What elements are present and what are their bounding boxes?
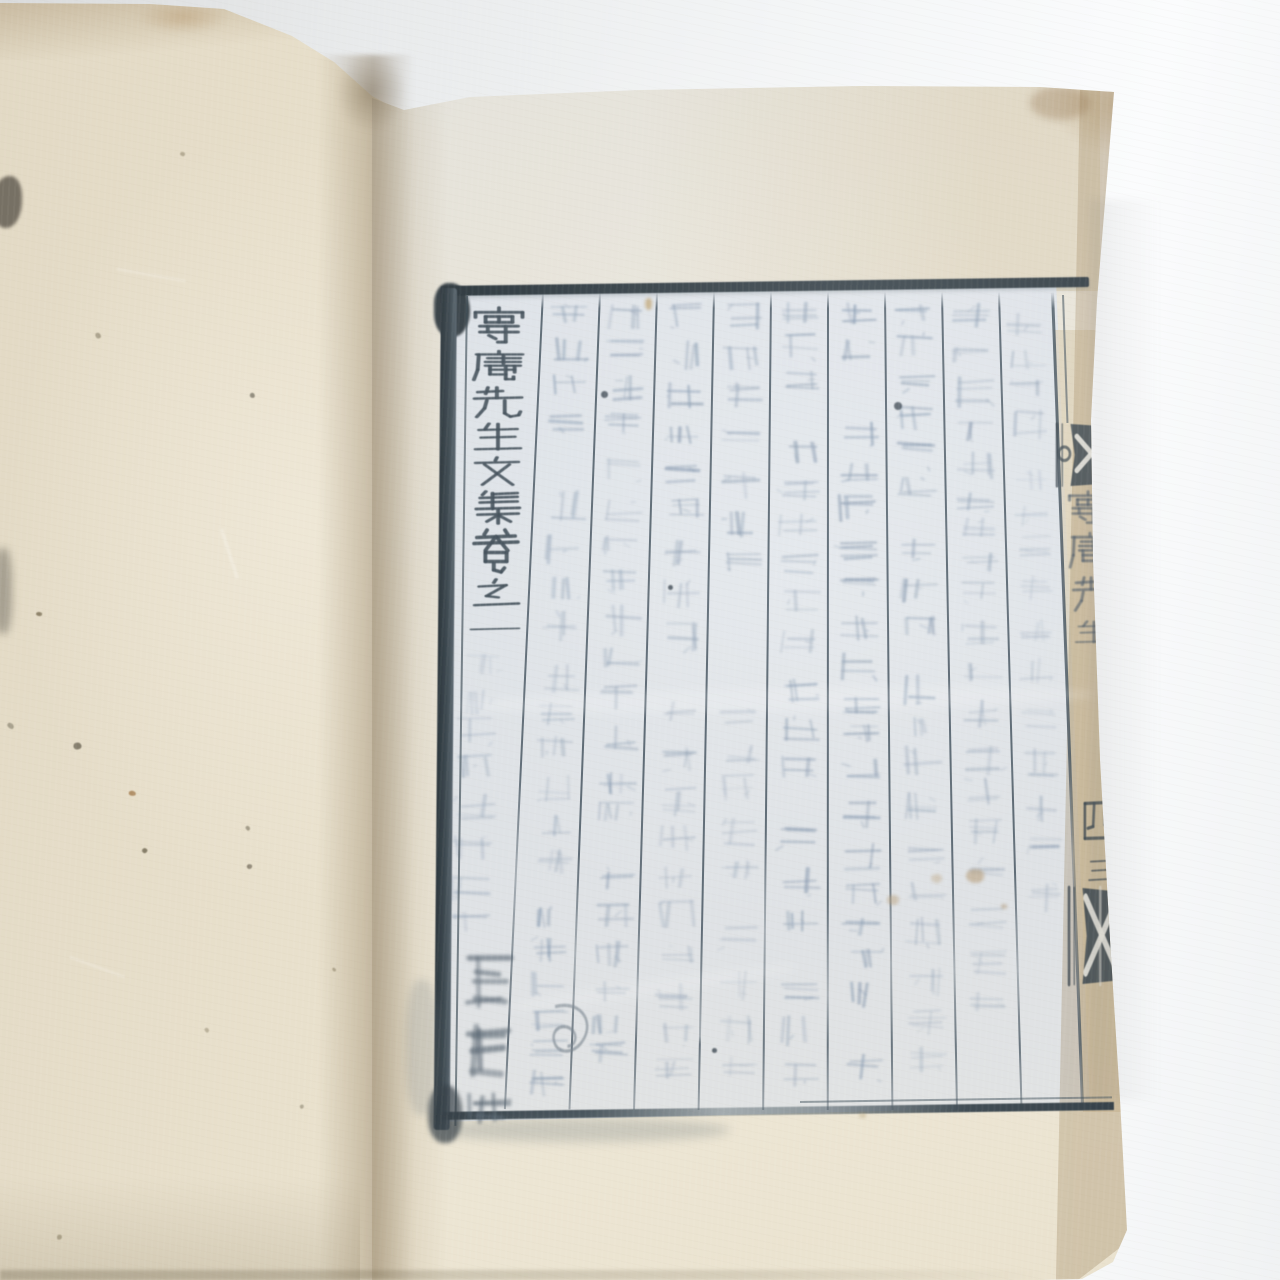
- ghost-character: [836, 613, 882, 646]
- ghost-character: [905, 1043, 951, 1077]
- outside-smear: [406, 980, 438, 1115]
- ghost-character: [952, 373, 998, 412]
- foxing-stain: [887, 895, 899, 905]
- ghost-character: [547, 302, 593, 326]
- ghost-character: [841, 1051, 887, 1090]
- ghost-character: [777, 475, 823, 503]
- ghost-character: [960, 775, 1006, 809]
- ghost-character: [717, 857, 763, 882]
- ghost-character: [660, 535, 706, 573]
- paper-speck: [94, 332, 101, 340]
- ghost-character: [1014, 573, 1056, 607]
- title-character: [470, 422, 526, 454]
- ghost-character: [839, 795, 885, 834]
- ghost-character: [716, 1053, 762, 1079]
- ghost-character: [716, 772, 762, 804]
- ghost-character: [893, 331, 939, 360]
- paper-speck: [129, 791, 136, 796]
- ghost-character: [653, 1019, 699, 1049]
- edge-stain: [137, 0, 229, 34]
- ghost-character: [600, 601, 646, 640]
- ghost-character: [965, 948, 1011, 983]
- ghost-character: [1016, 617, 1058, 645]
- ghost-character: [893, 437, 939, 472]
- ghost-character: [538, 606, 584, 646]
- ghost-character: [603, 337, 649, 368]
- ghost-character: [653, 863, 699, 892]
- ghost-character: [541, 574, 587, 604]
- spine-title-character: [1072, 620, 1116, 646]
- ghost-character: [840, 722, 886, 748]
- ink-swirl: [545, 1000, 595, 1066]
- ghost-character: [715, 814, 761, 851]
- ghost-character: [836, 460, 882, 486]
- ghost-character: [775, 510, 821, 541]
- ghost-character: [524, 1066, 570, 1100]
- ghost-character: [833, 337, 879, 368]
- ghost-character: [962, 816, 1008, 848]
- ghost-character: [663, 338, 709, 373]
- ghost-character: [840, 840, 886, 876]
- ghost-character: [602, 455, 648, 486]
- ghost-character: [655, 896, 701, 933]
- ghost-character: [591, 901, 637, 936]
- ghost-character: [718, 743, 764, 769]
- ghost-character: [836, 649, 882, 689]
- ghost-character: [532, 846, 578, 880]
- ghost-character: [591, 938, 637, 972]
- ghost-character: [603, 372, 649, 407]
- bottom-shade: [0, 1150, 360, 1280]
- ghost-character: [541, 532, 587, 567]
- ink-dot: [668, 585, 673, 590]
- ink-dot: [712, 1048, 717, 1053]
- ghost-character: [956, 579, 1002, 606]
- ghost-character: [596, 719, 642, 758]
- ghost-character: [901, 913, 947, 952]
- ghost-character: [1023, 881, 1065, 916]
- ghost-character: [840, 880, 886, 906]
- ghost-character: [778, 979, 824, 1005]
- ghost-character: [601, 496, 647, 525]
- foxing-stain: [966, 869, 984, 883]
- ghost-character: [954, 515, 1000, 541]
- ghost-character: [1021, 793, 1063, 825]
- title-character: [469, 490, 525, 528]
- ghost-character: [722, 300, 768, 336]
- foxing-stain: [1001, 904, 1007, 909]
- ghost-character: [601, 411, 647, 436]
- ghost-character: [661, 380, 707, 414]
- paper-speck: [331, 967, 336, 972]
- title-character: [470, 386, 526, 422]
- ghost-character: [593, 800, 639, 825]
- ghost-character: [659, 454, 705, 492]
- ghost-character: [842, 978, 888, 1011]
- title-character: [469, 456, 525, 489]
- title-character: [468, 578, 524, 612]
- ghost-character: [900, 715, 946, 739]
- ghost-character: [894, 474, 940, 499]
- ghost-character: [948, 343, 994, 368]
- ghost-character: [1008, 406, 1050, 445]
- smudged-ghost-character: [462, 952, 514, 1010]
- ghost-character: [655, 745, 701, 775]
- ghost-character: [1008, 347, 1050, 374]
- ghost-character: [604, 300, 650, 333]
- title-column: [470, 0, 530, 1280]
- ghost-character: [904, 965, 950, 1000]
- ghost-character: [779, 437, 825, 468]
- paper-speck: [141, 847, 148, 854]
- page-number-char: [1082, 798, 1118, 844]
- ghost-character: [544, 488, 590, 525]
- ghost-character: [900, 743, 946, 780]
- ghost-character: [599, 567, 645, 596]
- paper-speck: [250, 393, 255, 398]
- ghost-character: [778, 585, 824, 618]
- ghost-character: [842, 946, 888, 971]
- ghost-character: [902, 833, 948, 869]
- ghost-character: [599, 533, 645, 557]
- ghost-character: [599, 643, 645, 671]
- ghost-character: [779, 625, 825, 657]
- ghost-character: [779, 1060, 825, 1091]
- paper-speck: [6, 722, 15, 730]
- ghost-character: [1018, 705, 1060, 737]
- ink-dot: [601, 391, 608, 398]
- spine-title-character: [1066, 490, 1110, 528]
- ghost-character: [721, 379, 767, 418]
- ghost-character: [538, 660, 584, 696]
- ghost-character: [1016, 655, 1058, 689]
- title-character: [468, 528, 524, 578]
- ghost-character: [718, 465, 764, 504]
- ghost-character: [953, 448, 999, 483]
- ghost-character: [838, 915, 884, 941]
- ghost-character: [778, 861, 824, 900]
- ghost-character: [948, 300, 994, 336]
- paper-scratch: [220, 529, 239, 579]
- ghost-character: [714, 1012, 760, 1049]
- ghost-character: [718, 425, 764, 456]
- ghost-character: [1023, 834, 1065, 872]
- ghost-character: [1003, 310, 1045, 338]
- ghost-character: [834, 300, 880, 328]
- ghost-character: [720, 548, 766, 579]
- foxing-stain: [859, 1113, 866, 1118]
- ghost-character: [654, 943, 700, 969]
- ghost-character: [719, 344, 765, 373]
- ghost-character: [778, 332, 824, 363]
- ghost-character: [904, 878, 950, 903]
- book-photo: 寓庵先生文集卷之一寓庵先生四三 寓庵先生文集卷之一: [0, 0, 1280, 1280]
- ghost-character: [655, 786, 701, 820]
- paper-speck: [245, 825, 251, 831]
- spine-title-character: [1068, 532, 1112, 572]
- edge-smudge: [0, 548, 12, 634]
- paper-speck: [36, 611, 43, 616]
- ghost-character: [776, 820, 822, 850]
- ghost-character: [1012, 502, 1054, 530]
- fishtail-ornament-top: [1056, 424, 1108, 486]
- ghost-character: [595, 770, 641, 797]
- smudged-ghost-character: [464, 1090, 512, 1124]
- ghost-character: [660, 423, 706, 448]
- ghost-character: [840, 755, 886, 783]
- ghost-character: [533, 771, 579, 807]
- spine-title-character: [1070, 576, 1114, 616]
- ghost-character: [547, 371, 593, 397]
- ghost-character: [664, 300, 710, 332]
- ghost-character: [779, 714, 825, 746]
- ghost-character: [779, 908, 825, 934]
- paper-speck: [246, 863, 253, 869]
- ghost-character: [660, 619, 706, 655]
- ghost-character: [1005, 376, 1047, 400]
- ghost-character: [952, 417, 998, 444]
- ghost-character: [958, 615, 1004, 652]
- ghost-character: [549, 335, 595, 367]
- ghost-character: [904, 1008, 950, 1040]
- ghost-character: [593, 867, 639, 893]
- ghost-character: [1021, 745, 1063, 783]
- title-character: [471, 350, 527, 384]
- ghost-character: [716, 923, 762, 960]
- foxing-stain: [931, 874, 942, 883]
- ghost-character: [1009, 465, 1051, 493]
- ghost-character: [659, 576, 705, 613]
- ghost-character: [533, 733, 579, 763]
- title-character: [471, 306, 527, 348]
- paper-speck: [73, 741, 83, 750]
- paper-scratch: [116, 268, 185, 282]
- ghost-character: [952, 489, 998, 517]
- ghost-character: [834, 490, 880, 527]
- foxing-stain: [645, 298, 652, 310]
- ghost-character: [898, 788, 944, 823]
- ghost-character: [776, 752, 822, 782]
- ghost-character: [778, 300, 824, 328]
- ghost-character: [776, 544, 822, 581]
- ghost-character: [662, 496, 708, 521]
- ghost-character: [897, 614, 943, 638]
- ghost-character: [895, 574, 941, 605]
- ghost-character: [835, 535, 881, 566]
- ghost-character: [545, 404, 591, 442]
- ghost-character: [837, 419, 883, 453]
- ghost-character: [893, 363, 939, 395]
- ghost-character: [533, 812, 579, 839]
- fishtail-ornament-bottom: [1068, 888, 1120, 984]
- ghost-character: [957, 550, 1003, 576]
- title-character: [467, 618, 523, 640]
- page-number-char: [1087, 858, 1115, 884]
- ghost-character: [890, 300, 936, 327]
- smudged-ghost-character: [460, 1016, 514, 1084]
- ghost-character: [966, 987, 1012, 1016]
- paper-speck: [179, 151, 185, 157]
- paper-scratch: [69, 956, 124, 978]
- ghost-character: [527, 934, 573, 965]
- corner-stain: [960, 55, 1190, 255]
- ghost-character: [651, 1057, 697, 1081]
- ghost-character: [779, 1011, 825, 1050]
- ghost-character: [777, 369, 823, 394]
- ghost-character: [836, 575, 882, 606]
- ghost-character: [1014, 532, 1056, 562]
- paper-speck: [299, 1104, 304, 1109]
- ghost-character: [894, 533, 940, 564]
- ghost-character: [654, 823, 700, 854]
- ink-dot: [894, 402, 902, 410]
- ghost-character: [717, 505, 763, 543]
- ghost-character: [960, 659, 1006, 687]
- ghost-character: [530, 905, 576, 932]
- dark-spot: [0, 176, 22, 228]
- paper-speck: [204, 1027, 210, 1033]
